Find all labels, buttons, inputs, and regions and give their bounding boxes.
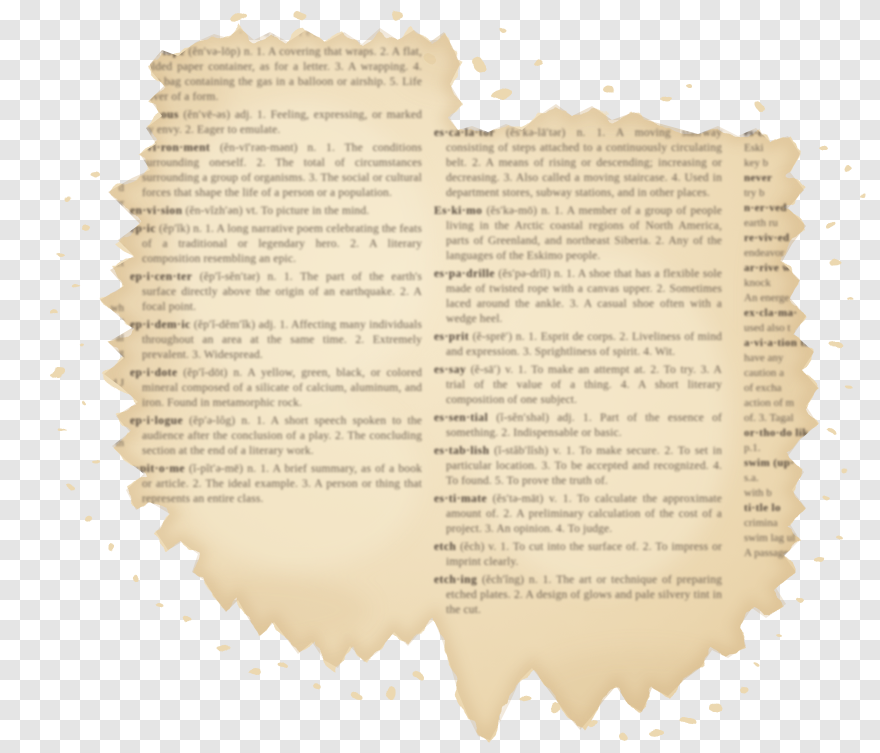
entry-headword: es·tab·lish [434,445,489,457]
transparency-canvas: aldnt, orout bdy as it bywith instinctwh… [0,0,880,753]
dictionary-column-left-fragments: aldnt, orout bdy as it bywith instinctwh… [30,166,124,541]
entry-headword: es·ca·la·tor [434,127,495,139]
text-fragment-line: p.1. [744,441,870,456]
dictionary-entry: en·vi·ron·ment (ĕn-vī′rən-mənt) n. 1. Th… [130,141,422,201]
entry-headword: en·vi·ous [130,109,179,121]
entry-pronunciation: (ĕs′kə-lā′tər) [495,127,577,139]
dictionary-column-right-fragments: es·cal·aEskikey bnevertry bn·er·vedearth… [744,126,870,561]
entry-pronunciation: (ĕs′pə-drĭl) [495,268,554,280]
text-fragment-line: th [30,436,124,451]
entry-pronunciation: (ĭ-stăb′lĭsh) [489,445,553,457]
text-fragment-line: gd [30,466,124,481]
entry-pronunciation: (ĕp′ĭ-dĕm′ĭk) [191,319,259,331]
text-fragment-line: it, [30,481,124,496]
text-fragment-line: have any [744,351,870,366]
text-fragment-line: nt, or [30,196,124,211]
text-fragment-line: Eski [744,141,870,156]
text-fragment-line [30,271,124,286]
entry-headword: es·ti·mate [434,493,487,505]
dictionary-entry: es·ti·mate (ĕs′tə-māt) v. 1. To calculat… [434,492,722,537]
dictionary-text-layer: aldnt, orout bdy as it bywith instinctwh… [0,0,880,753]
dictionary-entry: ep·i·logue (ĕp′ə-lôg) n. 1. A short spee… [130,414,422,459]
text-fragment-line [30,361,124,376]
dictionary-entry: e·pit·o·me (ĭ-pĭt′ə-mē) n. 1. A brief su… [130,462,422,507]
text-fragment-line: n·er·ved [744,201,870,216]
bottom-torn-text-fragments: wands b · da 1 by b 5 bg· 1 by [170,610,438,655]
text-fragment-line: endeavor [744,246,870,261]
text-fragment-line: d framing [30,346,124,361]
dictionary-entry: es·prit (ĕ-sprē′) n. 1. Esprit de corps.… [434,330,722,360]
text-fragment-line [30,406,124,421]
entry-pronunciation: (ĕs′kə-mō) [482,205,541,217]
text-fragment-line: with a [30,526,124,541]
entry-pronunciation: (ĕn-vī′rən-mənt) [210,142,307,154]
text-fragment-line: key b [744,156,870,171]
entry-headword: etch·ing [434,574,477,586]
entry-pronunciation: (ĕn′və-lōp) [185,46,244,58]
text-fragment-line: s.a. [744,471,870,486]
entry-pronunciation: (ĕch′ĭng) [477,574,529,586]
text-fragment-line: crimina [744,516,870,531]
dictionary-entry: en·vi·sion (ĕn-vĭzh′ən) vt. To picture i… [130,204,422,219]
entry-headword: ep·i·logue [130,415,183,427]
torn-top-text-fragment: · · al s · · · · · difference · [144,26,422,41]
dictionary-entry: ep·i·cen·ter (ĕp′ĭ-sĕn′tər) n. 1. The pa… [130,270,422,315]
text-fragment-line: earth ru [744,216,870,231]
entry-headword: ep·i·dem·ic [130,319,191,331]
entry-pronunciation: (ĕn′vē-əs) [179,109,235,121]
dictionary-entry: es·sen·tial (ĭ-sĕn′shəl) adj. 1. Part of… [434,411,722,441]
dictionary-entry: ep·ic (ĕp′ĭk) n. 1. A long narrative poe… [130,222,422,267]
entry-definition: v. 1. To cut into the surface of. 2. To … [446,541,722,568]
entry-headword: es·sen·tial [434,412,488,424]
dictionary-entry: es·say (ĕ-sā′) v. 1. To make an attempt … [434,363,722,408]
text-fragment-line: used also t [744,321,870,336]
text-fragment-line: re·viv·ed [744,231,870,246]
text-fragment-line: knock [744,276,870,291]
dictionary-entry: etch (ĕch) v. 1. To cut into the surface… [434,540,722,570]
text-fragment-line: A passage of [744,546,870,561]
text-fragment-line: caution a [744,366,870,381]
entry-pronunciation: (ĕch) [456,541,488,553]
entry-headword: etch [434,541,456,553]
dictionary-column-2: es·ca·la·tor (ĕs′kə-lā′tər) n. 1. A movi… [434,126,722,621]
dictionary-entry: es·pa·drille (ĕs′pə-drĭl) n. 1. A shoe t… [434,267,722,327]
text-fragment-line: al [30,331,124,346]
entry-pronunciation: (ĕp′ə-lôg) [183,415,241,427]
entry-pronunciation: (ĕp′ĭ-sĕn′tər) [192,271,267,283]
text-fragment-line [30,511,124,526]
entry-headword: en·ve·lope [130,46,185,58]
text-fragment-line: on [30,496,124,511]
paper-surface: aldnt, orout bdy as it bywith instinctwh… [0,0,880,753]
dictionary-entry: es·tab·lish (ĭ-stăb′lĭsh) v. 1. To make … [434,444,722,489]
text-fragment-line: swim (up· [744,456,870,471]
dictionary-entry: es·ca·la·tor (ĕs′kə-lā′tər) n. 1. A movi… [434,126,722,201]
entry-headword: ep·ic [130,223,156,235]
entry-pronunciation: (ĭ-pĭt′ə-mē) [185,463,247,475]
text-fragment-line: action of m [744,396,870,411]
entry-pronunciation: (ĕn-vĭzh′ən) [182,205,245,217]
text-fragment-line: dy as it by [30,241,124,256]
text-fragment-line [30,451,124,466]
dictionary-entry: Es·ki·mo (ĕs′kə-mō) n. 1. A member of a … [434,204,722,264]
entry-pronunciation: (ĕp′ĭ-dōt) [178,367,234,379]
text-fragment-line: wands b · d [170,610,438,625]
text-fragment-line: never [744,171,870,186]
text-fragment-line [30,211,124,226]
entry-headword: es·say [434,364,466,376]
text-fragment-line: try b [744,186,870,201]
entry-headword: ep·i·cen·ter [130,271,192,283]
entry-headword: ep·i·dote [130,367,178,379]
entry-definition: vt. To picture in the mind. [246,205,369,217]
text-fragment-line: · 1 by [170,640,438,655]
text-fragment-line: ar·rive w [744,261,870,276]
text-fragment-line: and J [30,376,124,391]
dictionary-page: aldnt, orout bdy as it bywith instinctwh… [0,0,880,753]
text-fragment-line: al [30,166,124,181]
text-fragment-line: ti·tle lo [744,501,870,516]
dictionary-entry: en·ve·lope (ĕn′və-lōp) n. 1. A covering … [130,45,422,105]
text-fragment-line: ex·cla·ma· [744,306,870,321]
dictionary-column-1: · · al s · · · · · difference · en·ve·lo… [130,26,422,510]
entry-headword: es·prit [434,331,469,343]
text-fragment-line: swim lag ul [744,531,870,546]
text-fragment-line: whom it [30,421,124,436]
text-fragment-line: with instinct [30,256,124,271]
entry-pronunciation: (ĕ-sprē′) [469,331,516,343]
dictionary-entry: ep·i·dote (ĕp′ĭ-dōt) n. A yellow, green,… [130,366,422,411]
entry-headword: en·vi·sion [130,205,182,217]
entry-pronunciation: (ĕs′tə-māt) [487,493,549,505]
text-fragment-line: to [30,391,124,406]
entry-headword: es·pa·drille [434,268,495,280]
dictionary-entry: ep·i·dem·ic (ĕp′ĭ-dĕm′ĭk) adj. 1. Affect… [130,318,422,363]
entry-headword: e·pit·o·me [130,463,185,475]
text-fragment-line [30,286,124,301]
dictionary-column-1-entries: en·ve·lope (ĕn′və-lōp) n. 1. A covering … [130,45,422,507]
text-fragment-line: es·cal·a [744,126,870,141]
entry-pronunciation: (ĕp′ĭk) [156,223,193,235]
text-fragment-line: out b [30,226,124,241]
text-fragment-line: with b [744,486,870,501]
entry-pronunciation: (ĭ-sĕn′shəl) [488,412,557,424]
entry-headword: en·vi·ron·ment [130,142,210,154]
text-fragment-line: d [30,181,124,196]
text-fragment-line: a·vi·a·tion th [744,336,870,351]
text-fragment-line: wh [30,301,124,316]
text-fragment-line: to gd [30,316,124,331]
text-fragment-line: a 1 by b 5 bg [170,625,438,640]
text-fragment-line: of. 3. Tagal [744,411,870,426]
entry-headword: Es·ki·mo [434,205,482,217]
dictionary-entry: etch·ing (ĕch′ĭng) n. 1. The art or tech… [434,573,722,618]
text-fragment-line: or·tho·do lik [744,426,870,441]
entry-pronunciation: (ĕ-sā′) [466,364,505,376]
torn-paper-svg: aldnt, orout bdy as it bywith instinctwh… [0,0,880,753]
dictionary-entry: en·vi·ous (ĕn′vē-əs) adj. 1. Feeling, ex… [130,108,422,138]
